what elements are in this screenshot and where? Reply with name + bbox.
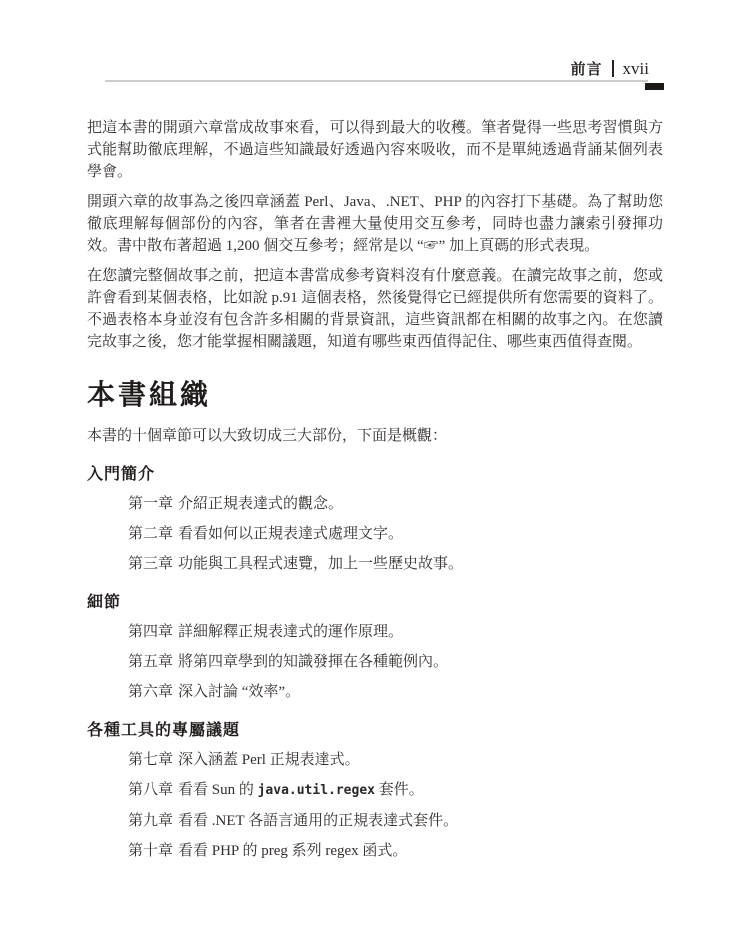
chapter-desc: 詳細解釋正規表達式的運作原理。 [178, 621, 663, 643]
book-page: 前言 xvii 把這本書的開頭六章當成故事來看，可以得到最大的收穫。筆者覺得一些… [0, 0, 750, 926]
chapter-label: 第一章 [128, 493, 178, 515]
chapter-group-details: 細節 第四章 詳細解釋正規表達式的運作原理。 第五章 將第四章學到的知識發揮在各… [87, 593, 663, 703]
section-title: 本書組織 [87, 379, 663, 411]
header-section-label: 前言 [571, 58, 603, 79]
chapter-label: 第九章 [128, 810, 178, 832]
chapter-desc: 介紹正規表達式的觀念。 [178, 493, 663, 515]
chapter-row: 第一章 介紹正規表達式的觀念。 [128, 493, 663, 515]
chapter-label: 第四章 [128, 621, 178, 643]
chapter-row: 第七章 深入涵蓋 Perl 正規表達式。 [128, 749, 663, 771]
chapter-desc: 看看 Sun 的 java.util.regex 套件。 [178, 779, 663, 802]
header-page-number: xvii [623, 59, 649, 79]
chapter-row: 第八章 看看 Sun 的 java.util.regex 套件。 [128, 779, 663, 802]
page-header-line: 前言 xvii [571, 58, 663, 79]
page-content: 把這本書的開頭六章當成故事來看，可以得到最大的收穫。筆者覺得一些思考習慣與方式能… [87, 117, 663, 870]
group-title: 各種工具的專屬議題 [87, 721, 663, 741]
page-header: 前言 xvii [87, 58, 663, 79]
chapter-row: 第四章 詳細解釋正規表達式的運作原理。 [128, 621, 663, 643]
chapter-label: 第二章 [128, 523, 178, 545]
chapter-row: 第十章 看看 PHP 的 preg 系列 regex 函式。 [128, 840, 663, 862]
header-rule [105, 80, 648, 82]
chapter-label: 第八章 [128, 779, 178, 802]
paragraph-2: 開頭六章的故事為之後四章涵蓋 Perl、Java、.NET、PHP 的內容打下基… [87, 191, 663, 257]
chapter-row: 第五章 將第四章學到的知識發揮在各種範例內。 [128, 651, 663, 673]
inline-code: java.util.regex [258, 783, 375, 798]
chapter-label: 第三章 [128, 553, 178, 575]
chapter-desc-text: 套件。 [375, 782, 424, 798]
paragraph-3: 在您讀完整個故事之前，把這本書當成參考資料沒有什麼意義。在讀完故事之前，您或許會… [87, 265, 663, 353]
chapter-label: 第六章 [128, 681, 178, 703]
group-title: 入門簡介 [87, 465, 663, 485]
chapter-row: 第三章 功能與工具程式速覽，加上一些歷史故事。 [128, 553, 663, 575]
chapter-row: 第六章 深入討論 “效率”。 [128, 681, 663, 703]
chapter-group-tools: 各種工具的專屬議題 第七章 深入涵蓋 Perl 正規表達式。 第八章 看看 Su… [87, 721, 663, 862]
chapter-desc: 看看 .NET 各語言通用的正規表達式套件。 [178, 810, 663, 832]
chapter-desc-text: 看看 Sun 的 [178, 782, 258, 798]
chapter-group-intro: 入門簡介 第一章 介紹正規表達式的觀念。 第二章 看看如何以正規表達式處理文字。… [87, 465, 663, 575]
chapter-desc: 深入涵蓋 Perl 正規表達式。 [178, 749, 663, 771]
chapter-desc: 深入討論 “效率”。 [178, 681, 663, 703]
chapter-desc: 功能與工具程式速覽，加上一些歷史故事。 [178, 553, 663, 575]
chapter-row: 第二章 看看如何以正規表達式處理文字。 [128, 523, 663, 545]
chapter-row: 第九章 看看 .NET 各語言通用的正規表達式套件。 [128, 810, 663, 832]
header-divider [612, 60, 614, 77]
chapter-desc: 看看 PHP 的 preg 系列 regex 函式。 [178, 840, 663, 862]
chapter-label: 第七章 [128, 749, 178, 771]
chapter-desc: 看看如何以正規表達式處理文字。 [178, 523, 663, 545]
chapter-label: 第十章 [128, 840, 178, 862]
group-title: 細節 [87, 593, 663, 613]
paragraph-1: 把這本書的開頭六章當成故事來看，可以得到最大的收穫。筆者覺得一些思考習慣與方式能… [87, 117, 663, 183]
page-edge-tab [645, 83, 664, 90]
chapter-desc: 將第四章學到的知識發揮在各種範例內。 [178, 651, 663, 673]
chapter-label: 第五章 [128, 651, 178, 673]
section-intro: 本書的十個章節可以大致切成三大部份，下面是概觀： [87, 425, 663, 447]
